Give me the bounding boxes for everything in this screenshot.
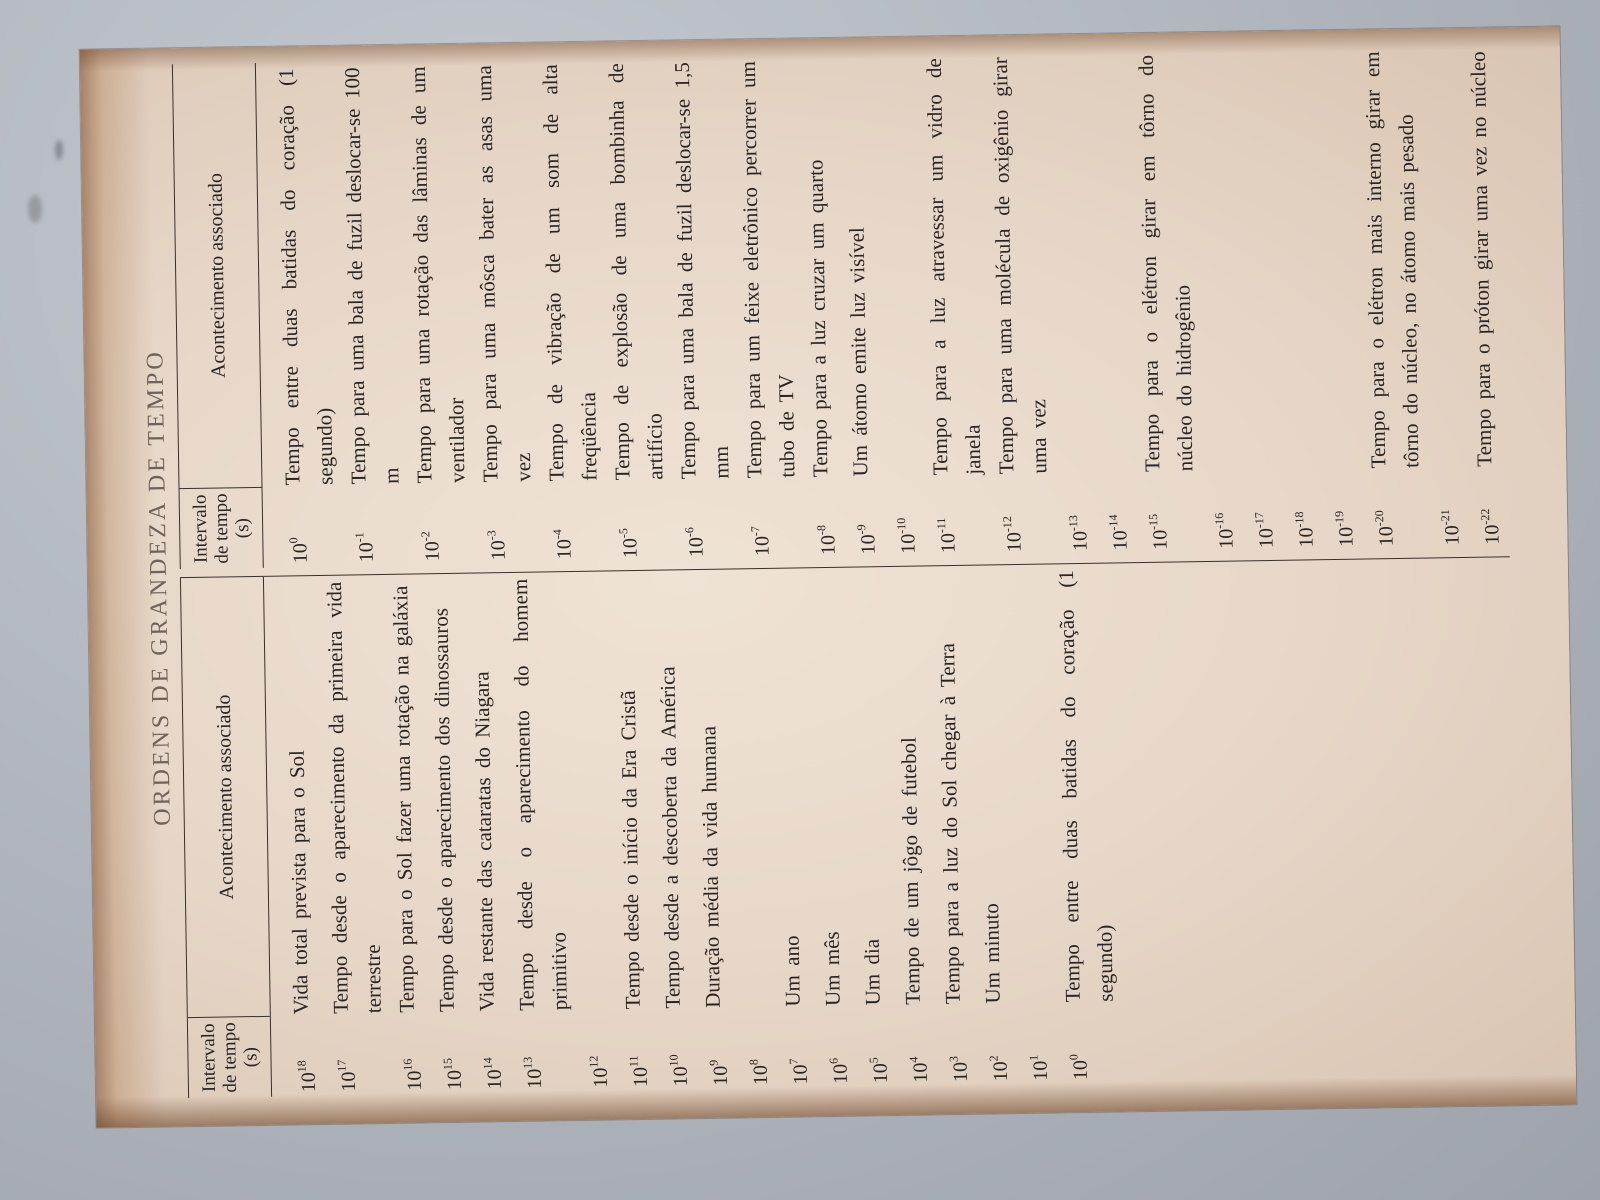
- time-interval: 10-14: [1096, 472, 1137, 555]
- exponent: 0: [1067, 1054, 1081, 1060]
- table-row: 10-4Tempo de vibração de um som de alta …: [534, 58, 608, 564]
- exponent: -18: [1292, 511, 1306, 527]
- table-header: Intervalo de tempo (s) Acontecimento ass…: [180, 577, 272, 1098]
- event-description: Tempo de vibração de um som de alta freq…: [534, 58, 607, 482]
- exponent: 16: [401, 1059, 415, 1071]
- exponent: 14: [481, 1057, 495, 1069]
- exponent: 8: [747, 1059, 761, 1065]
- exponent: -9: [854, 524, 868, 534]
- exponent: 4: [907, 1057, 921, 1063]
- time-interval: 10-22: [1468, 466, 1509, 549]
- time-interval: 10-7: [738, 478, 779, 561]
- table-row: 10-3Tempo para uma môsca bater as asas u…: [468, 59, 542, 565]
- time-interval: 10-10: [884, 475, 925, 558]
- event-description: Tempo desde o início da Era Cristã: [610, 571, 650, 1009]
- event-description: Tempo para uma bala de fuzil deslocar-se…: [666, 55, 739, 479]
- event-description: Tempo para a luz do Sol chegar à Terra: [930, 566, 970, 1004]
- exponent: -17: [1252, 512, 1266, 528]
- event-description: Um átomo emite luz visível: [838, 53, 878, 476]
- table-row: 10-7Tempo para um feixe eletrônico perco…: [732, 54, 806, 560]
- event-description: Tempo para o elétron mais interno girar …: [1356, 45, 1429, 469]
- time-interval: 1015: [431, 1012, 472, 1095]
- time-interval: 10-9: [844, 476, 885, 559]
- exponent: 5: [867, 1057, 881, 1063]
- exponent: -15: [1146, 514, 1160, 530]
- time-interval: 10-8: [804, 477, 845, 560]
- exponent: -14: [1106, 514, 1120, 530]
- event-description: Tempo para uma rotação das lâminas de um…: [402, 60, 475, 484]
- time-interval: 105: [857, 1005, 898, 1088]
- exponent: -3: [484, 530, 498, 540]
- exponent: -19: [1332, 511, 1346, 527]
- header-interval: Intervalo de tempo (s): [180, 487, 263, 569]
- time-interval: 10-1: [342, 484, 383, 567]
- exponent: -16: [1212, 513, 1226, 529]
- exponent: 2: [987, 1055, 1001, 1061]
- table-row: 1017Tempo desde o aparecimento da primei…: [318, 575, 392, 1096]
- time-interval: 101: [1017, 1002, 1058, 1085]
- time-interval: 1017: [325, 1013, 366, 1096]
- exponent: 6: [827, 1058, 841, 1064]
- exponent: 18: [295, 1060, 309, 1072]
- background-smudge: [55, 140, 63, 160]
- exponent: 17: [335, 1060, 349, 1072]
- table-row: 1013Tempo desde o aparecimento do homem …: [504, 572, 578, 1093]
- event-description: Tempo desde o aparecimento do homem prim…: [504, 572, 577, 1011]
- time-interval: 100: [276, 485, 317, 568]
- time-interval: 10-3: [474, 482, 515, 565]
- table-row: 10-11Tempo para a luz atravessar um vidr…: [918, 51, 992, 557]
- time-interval: 10-21: [1428, 467, 1469, 550]
- event-description: Tempo entre duas batidas do coração (1 s…: [1050, 563, 1123, 1002]
- header-interval: Intervalo de tempo (s): [188, 1016, 271, 1098]
- time-interval: 100: [1057, 1002, 1098, 1085]
- exponent: 12: [586, 1056, 600, 1068]
- event-description: Um mês: [810, 568, 850, 1006]
- time-interval: 1012: [577, 1009, 618, 1092]
- table-row: 10-15Tempo para o elétron girar em tôrno…: [1130, 48, 1204, 554]
- exponent: 9: [707, 1060, 721, 1066]
- exponent: 3: [947, 1056, 961, 1062]
- table-row: 10-2Tempo para uma rotação das lâminas d…: [402, 60, 476, 566]
- exponent: -20: [1372, 510, 1386, 526]
- exponent: -7: [748, 526, 762, 536]
- exponent: 7: [787, 1058, 801, 1064]
- time-interval: 104: [897, 1004, 938, 1087]
- exponent: 13: [520, 1057, 534, 1069]
- event-description: Tempo entre duas batidas do coração (1 s…: [270, 62, 343, 486]
- event-description: Duração média da vida humana: [690, 570, 730, 1008]
- exponent: -8: [814, 525, 828, 535]
- time-interval: 10-16: [1202, 470, 1243, 553]
- header-event: Acontecimento associado: [202, 63, 232, 487]
- time-interval: 10-20: [1362, 468, 1403, 551]
- time-interval: 10-12: [990, 474, 1031, 557]
- exponent: 10: [666, 1054, 680, 1066]
- time-interval: 10-15: [1136, 472, 1177, 555]
- event-description: Tempo para o elétron girar em tôrno do n…: [1130, 48, 1203, 472]
- event-description: Um dia: [850, 567, 890, 1005]
- event-description: Tempo para uma bala de fuzil deslocar-se…: [336, 61, 409, 485]
- exponent: 0: [286, 537, 300, 543]
- time-interval: 1014: [471, 1011, 512, 1094]
- header-event: Acontecimento associado: [210, 577, 240, 1016]
- event-description: Vida restante das cataratas do Niagara: [464, 573, 504, 1011]
- exponent: -2: [418, 531, 432, 541]
- exponent: -10: [894, 518, 908, 534]
- time-interval: 1013: [511, 1010, 552, 1093]
- time-interval: 1010: [657, 1008, 698, 1091]
- exponent: -12: [1000, 516, 1014, 532]
- table-row: 100Tempo entre duas batidas do coração (…: [1050, 563, 1124, 1084]
- event-description: Tempo para uma môsca bater as asas uma v…: [468, 59, 541, 483]
- table-rows: 100Tempo entre duas batidas do coração (…: [256, 43, 1510, 568]
- event-description: Tempo de um jôgo de futebol: [890, 567, 930, 1005]
- event-description: Tempo desde a descoberta da América: [650, 570, 690, 1008]
- time-interval: 1018: [285, 1014, 326, 1097]
- time-interval: 10-19: [1322, 469, 1363, 552]
- time-interval: 10-5: [606, 480, 647, 563]
- event-description: Tempo desde o aparecimento dos dinossaur…: [424, 574, 464, 1012]
- event-description: Tempo para um feixe eletrônico percorrer…: [732, 54, 805, 478]
- exponent: 15: [441, 1058, 455, 1070]
- table-row: 100Tempo entre duas batidas do coração (…: [270, 62, 344, 568]
- event-description: Tempo para uma molécula de oxigênio gira…: [984, 50, 1057, 474]
- time-interval: 10-17: [1242, 470, 1283, 553]
- exponent: -4: [550, 529, 564, 539]
- table-row: 10-1Tempo para uma bala de fuzil desloca…: [336, 61, 410, 567]
- time-interval: 103: [937, 1004, 978, 1087]
- exponent: -6: [682, 527, 696, 537]
- table-row: 10-22Tempo para o próton girar uma vez n…: [1462, 43, 1510, 549]
- table-row: 10-5Tempo de explosão de uma bombinha de…: [600, 56, 674, 562]
- exponent: 11: [626, 1055, 640, 1067]
- table-right-half: Intervalo de tempo (s) Acontecimento ass…: [172, 43, 1510, 578]
- background-smudge: [28, 195, 42, 223]
- event-description: Tempo para a luz cruzar um quarto: [798, 54, 838, 477]
- table-row: 10-20Tempo para o elétron mais interno g…: [1356, 45, 1430, 551]
- document-page: ORDENS DE GRANDEZA DE TEMPO Intervalo de…: [80, 26, 1577, 1127]
- exponent: 1: [1027, 1055, 1041, 1061]
- table-header: Intervalo de tempo (s) Acontecimento ass…: [172, 63, 264, 569]
- exponent: -1: [352, 532, 366, 542]
- event-description: Um ano: [770, 568, 810, 1006]
- event-description: Tempo para o próton girar uma vez no núc…: [1462, 43, 1502, 466]
- time-interval: 109: [697, 1007, 738, 1090]
- time-interval: 10-2: [408, 483, 449, 566]
- exponent: -13: [1066, 515, 1080, 531]
- time-interval: 1011: [617, 1009, 658, 1092]
- table-row: 10-12Tempo para uma molécula de oxigênio…: [984, 50, 1058, 556]
- table-left-half: Intervalo de tempo (s) Acontecimento ass…: [180, 563, 1124, 1098]
- exponent: -5: [616, 528, 630, 538]
- time-interval: 10-11: [924, 475, 965, 558]
- time-interval: 10-13: [1056, 473, 1097, 556]
- event-description: Tempo para a luz atravessar um vidro de …: [918, 51, 991, 475]
- time-interval: 107: [777, 1006, 818, 1089]
- paper-sheet: ORDENS DE GRANDEZA DE TEMPO Intervalo de…: [80, 26, 1577, 1127]
- table-row: 10-6Tempo para uma bala de fuzil desloca…: [666, 55, 740, 561]
- time-interval: 106: [817, 1006, 858, 1089]
- event-description: Tempo desde o aparecimento da primeira v…: [318, 575, 391, 1014]
- time-interval: 10-4: [540, 481, 581, 564]
- exponent: -21: [1438, 509, 1452, 525]
- time-interval: 10-6: [672, 479, 713, 562]
- event-description: Um minuto: [970, 565, 1010, 1003]
- time-interval: 102: [977, 1003, 1018, 1086]
- time-interval: 108: [737, 1007, 778, 1090]
- exponent: -11: [934, 518, 948, 534]
- exponent: -22: [1478, 509, 1492, 525]
- event-description: Tempo para o Sol fazer uma rotação na ga…: [384, 574, 424, 1012]
- event-description: Tempo de explosão de uma bombinha de art…: [600, 56, 673, 480]
- event-description: Vida total prevista para o Sol: [278, 576, 318, 1014]
- time-interval: 10-18: [1282, 469, 1323, 552]
- time-interval: 1016: [391, 1012, 432, 1095]
- table-rows: 1018Vida total prevista para o Sol1017Te…: [264, 563, 1124, 1096]
